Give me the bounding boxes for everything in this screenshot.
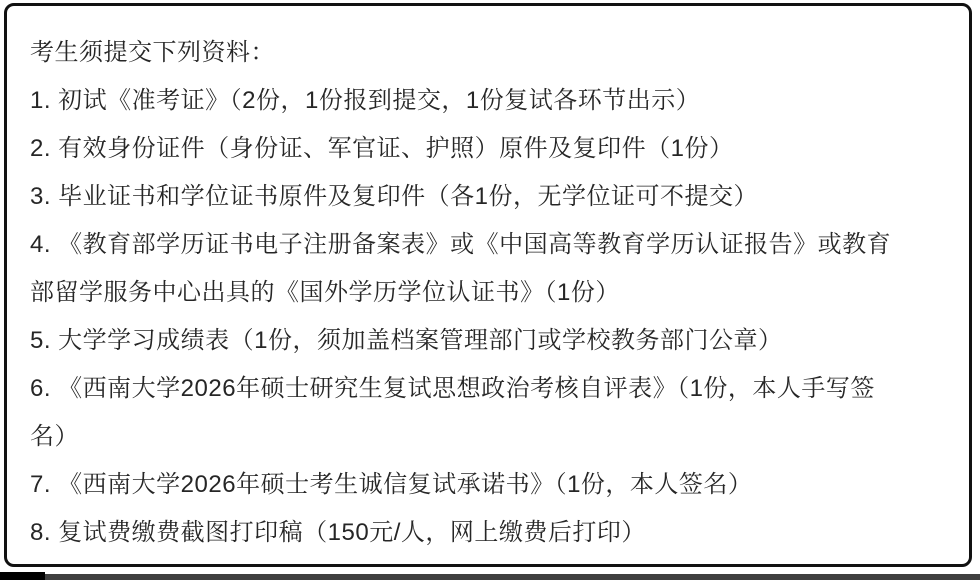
document-frame: 考生须提交下列资料：1. 初试《准考证》（2份，1份报到提交，1份复试各环节出示… xyxy=(4,3,972,567)
document-line: 4. 《教育部学历证书电子注册备案表》或《中国高等教育学历认证报告》或教育 xyxy=(30,221,961,269)
document-line: 2. 有效身份证件（身份证、军官证、护照）原件及复印件（1份） xyxy=(30,125,961,173)
document-lines: 考生须提交下列资料：1. 初试《准考证》（2份，1份报到提交，1份复试各环节出示… xyxy=(30,29,961,560)
document-line: 6. 《西南大学2026年硕士研究生复试思想政治考核自评表》（1份，本人手写签 xyxy=(30,365,961,413)
document-line: 5. 大学学习成绩表（1份，须加盖档案管理部门或学校教务部门公章） xyxy=(30,317,961,365)
document-line: 部留学服务中心出具的《国外学历学位认证书》（1份） xyxy=(30,269,961,317)
document-line: 名） xyxy=(30,413,961,461)
page: 考生须提交下列资料：1. 初试《准考证》（2份，1份报到提交，1份复试各环节出示… xyxy=(0,0,980,580)
document-line: 1. 初试《准考证》（2份，1份报到提交，1份复试各环节出示） xyxy=(30,77,961,125)
video-progress-played xyxy=(0,572,45,580)
document-line: 3. 毕业证书和学位证书原件及复印件（各1份，无学位证可不提交） xyxy=(30,173,961,221)
document-line: 7. 《西南大学2026年硕士考生诚信复试承诺书》（1份，本人签名） xyxy=(30,461,961,509)
document-heading: 考生须提交下列资料： xyxy=(30,29,961,77)
video-progress-bar[interactable] xyxy=(0,574,980,580)
document-line: 8. 复试费缴费截图打印稿（150元/人，网上缴费后打印） xyxy=(30,509,961,557)
